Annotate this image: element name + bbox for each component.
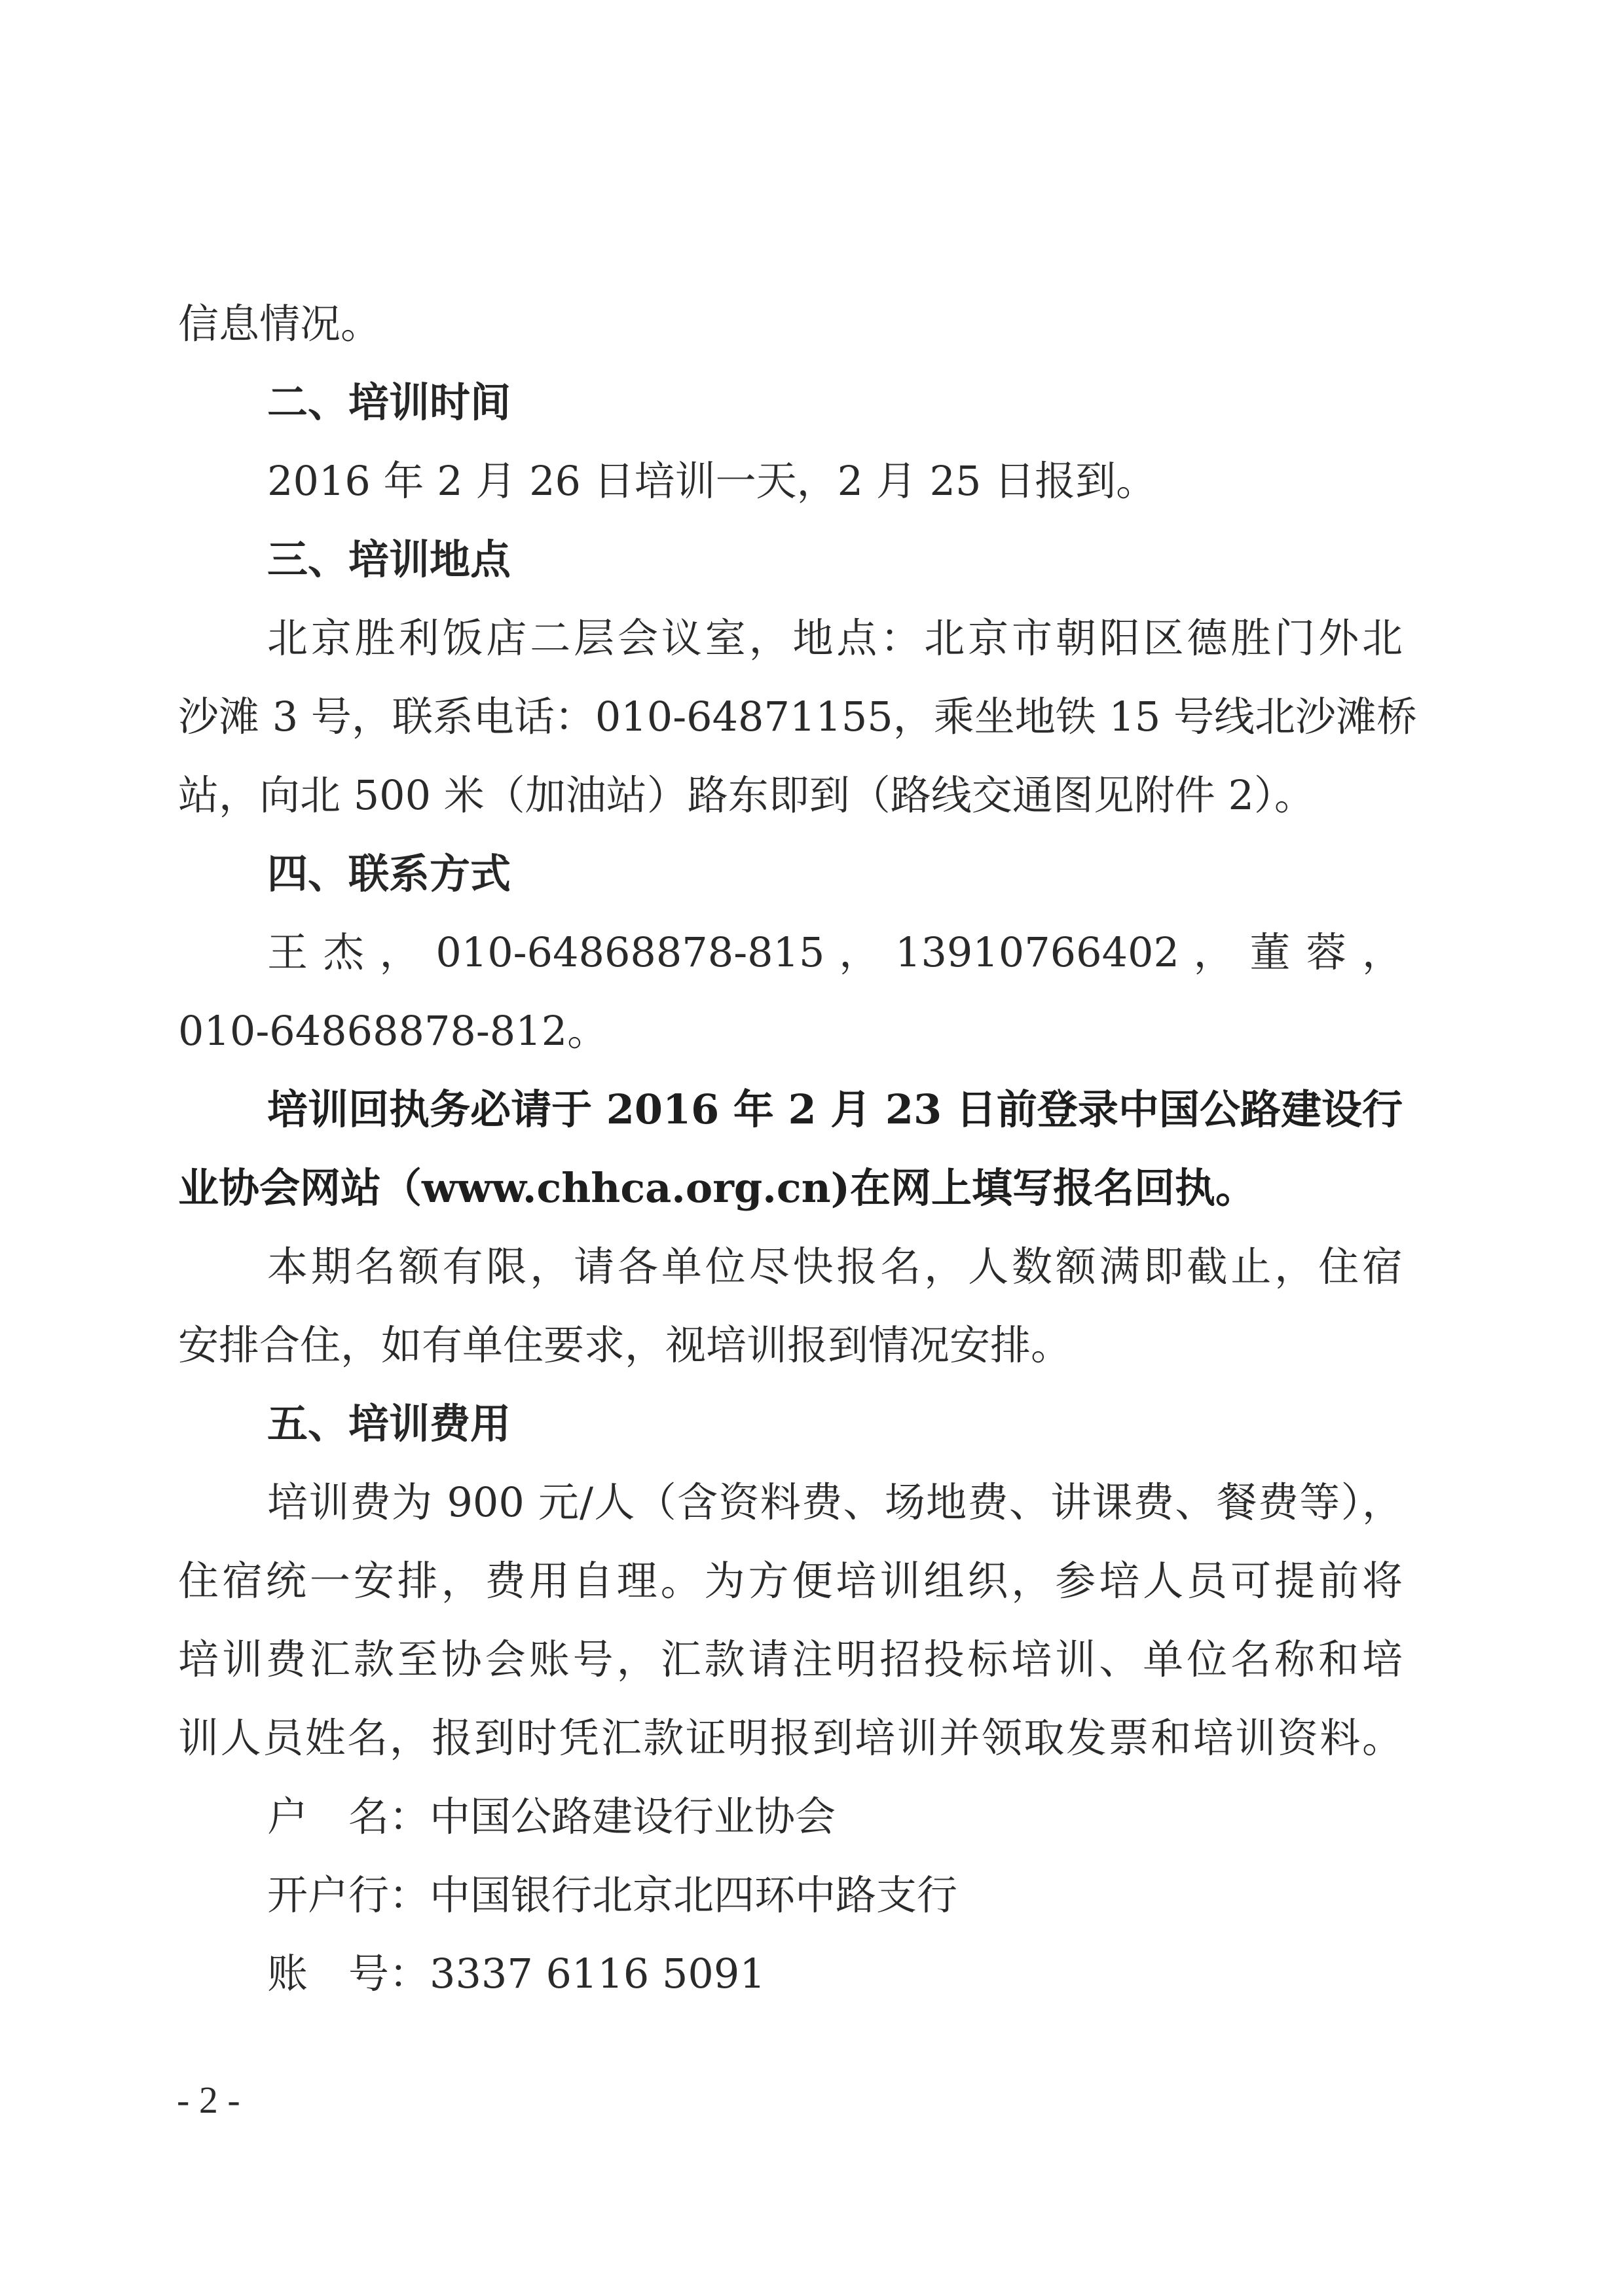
section-heading-training-fee: 五、培训费用 [267,1398,1403,1450]
page-number: - 2 - [177,2074,240,2126]
contact-text-line-1: 王 杰 ， 010-64868878-815 ， 13910766402 ， 董… [267,926,1403,979]
paragraph-continuation: 信息情况。 [178,298,1403,350]
quota-text-line-1: 本期名额有限，请各单位尽快报名，人数额满即截止，住宿 [267,1241,1403,1293]
fee-text-line-3: 培训费汇款至协会账号，汇款请注明招投标培训、单位名称和培 [178,1633,1403,1686]
account-name: 户 名：中国公路建设行业协会 [267,1791,1403,1843]
fee-text-line-4: 训人员姓名，报到时凭汇款证明报到培训并领取发票和培训资料。 [178,1712,1403,1764]
registration-notice-line-2: 业协会网站（www.chhca.org.cn)在网上填写报名回执。 [178,1162,1403,1214]
location-text-line-2: 沙滩 3 号，联系电话：010-64871155，乘坐地铁 15 号线北沙滩桥 [178,691,1403,743]
location-text-line-1: 北京胜利饭店二层会议室，地点：北京市朝阳区德胜门外北 [267,612,1403,665]
section-heading-contact: 四、联系方式 [267,848,1403,900]
quota-text-line-2: 安排合住，如有单住要求，视培训报到情况安排。 [178,1319,1403,1372]
registration-notice-line-1: 培训回执务必请于 2016 年 2 月 23 日前登录中国公路建设行 [267,1084,1403,1136]
training-date-text: 2016 年 2 月 26 日培训一天，2 月 25 日报到。 [267,455,1403,507]
fee-text-line-2: 住宿统一安排，费用自理。为方便培训组织，参培人员可提前将 [178,1555,1403,1607]
section-heading-training-location: 三、培训地点 [267,534,1403,586]
fee-text-line-1: 培训费为 900 元/人（含资料费、场地费、讲课费、餐费等）， [267,1476,1403,1529]
contact-text-line-2: 010-64868878-812。 [178,1005,1403,1057]
account-number: 账 号：3337 6116 5091 [267,1948,1403,2000]
section-heading-training-time: 二、培训时间 [267,376,1403,429]
location-text-line-3: 站，向北 500 米（加油站）路东即到（路线交通图见附件 2）。 [178,769,1403,822]
document-page: 信息情况。 二、培训时间 2016 年 2 月 26 日培训一天，2 月 25 … [0,0,1624,2296]
account-bank: 开户行：中国银行北京北四环中路支行 [267,1869,1403,1922]
